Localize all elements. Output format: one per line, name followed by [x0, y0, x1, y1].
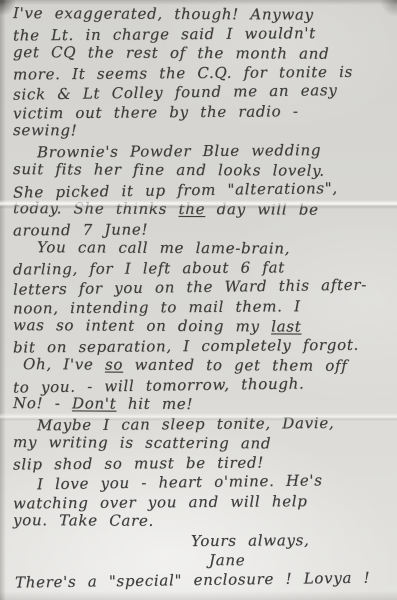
letter-body: I've exaggerated, though! Anyway the Lt.…	[13, 5, 383, 590]
letter-line: You can call me lame-brain,	[13, 238, 383, 259]
letter-line: was so intent on doing my last	[13, 316, 383, 337]
line-text: was so intent on doing my	[13, 316, 271, 335]
underlined-word: Don't	[72, 394, 116, 412]
underlined-word: last	[271, 317, 301, 335]
underlined-word: so	[105, 356, 123, 374]
letter-line: my writing is scattering and	[13, 433, 383, 454]
letter-line: watching over you and will help	[13, 491, 383, 513]
line-text: hit me!	[116, 395, 193, 413]
letter-line: No! - Don't hit me!	[13, 394, 383, 415]
letter-line: today. She thinks the day will be	[13, 199, 383, 220]
line-text: Oh, I've	[23, 355, 105, 373]
letter-line: I've exaggerated, though! Anyway	[13, 4, 383, 25]
line-text: day will be	[205, 200, 319, 219]
letter-line: you. Take Care.	[13, 511, 383, 532]
letter-line: victim out there by the radio -	[13, 101, 383, 123]
letter-line: around 7 June!	[13, 218, 383, 240]
letter-line: the Lt. in charge said I wouldn't	[13, 23, 383, 45]
letter-line: Maybe I can sleep tonite, Davie,	[13, 413, 383, 435]
line-text: No! -	[13, 394, 72, 412]
letter-line: bit on separation, I completely forgot.	[13, 335, 383, 357]
underlined-word: the	[178, 200, 205, 218]
letter-line: Brownie's Powder Blue wedding	[13, 140, 383, 162]
line-text: today. She thinks	[13, 199, 179, 218]
line-text: wanted to get them off	[123, 356, 347, 375]
letter-line: noon, intending to mail them. I	[13, 296, 383, 318]
letter-line: get CQ the rest of the month and	[13, 43, 383, 64]
letter-line: sewing!	[13, 121, 383, 142]
postscript-line: There's a "special" enclosure ! Lovya !	[13, 568, 383, 593]
letter-page: I've exaggerated, though! Anyway the Lt.…	[0, 0, 397, 600]
signature-closing: Yours always,	[13, 530, 383, 552]
